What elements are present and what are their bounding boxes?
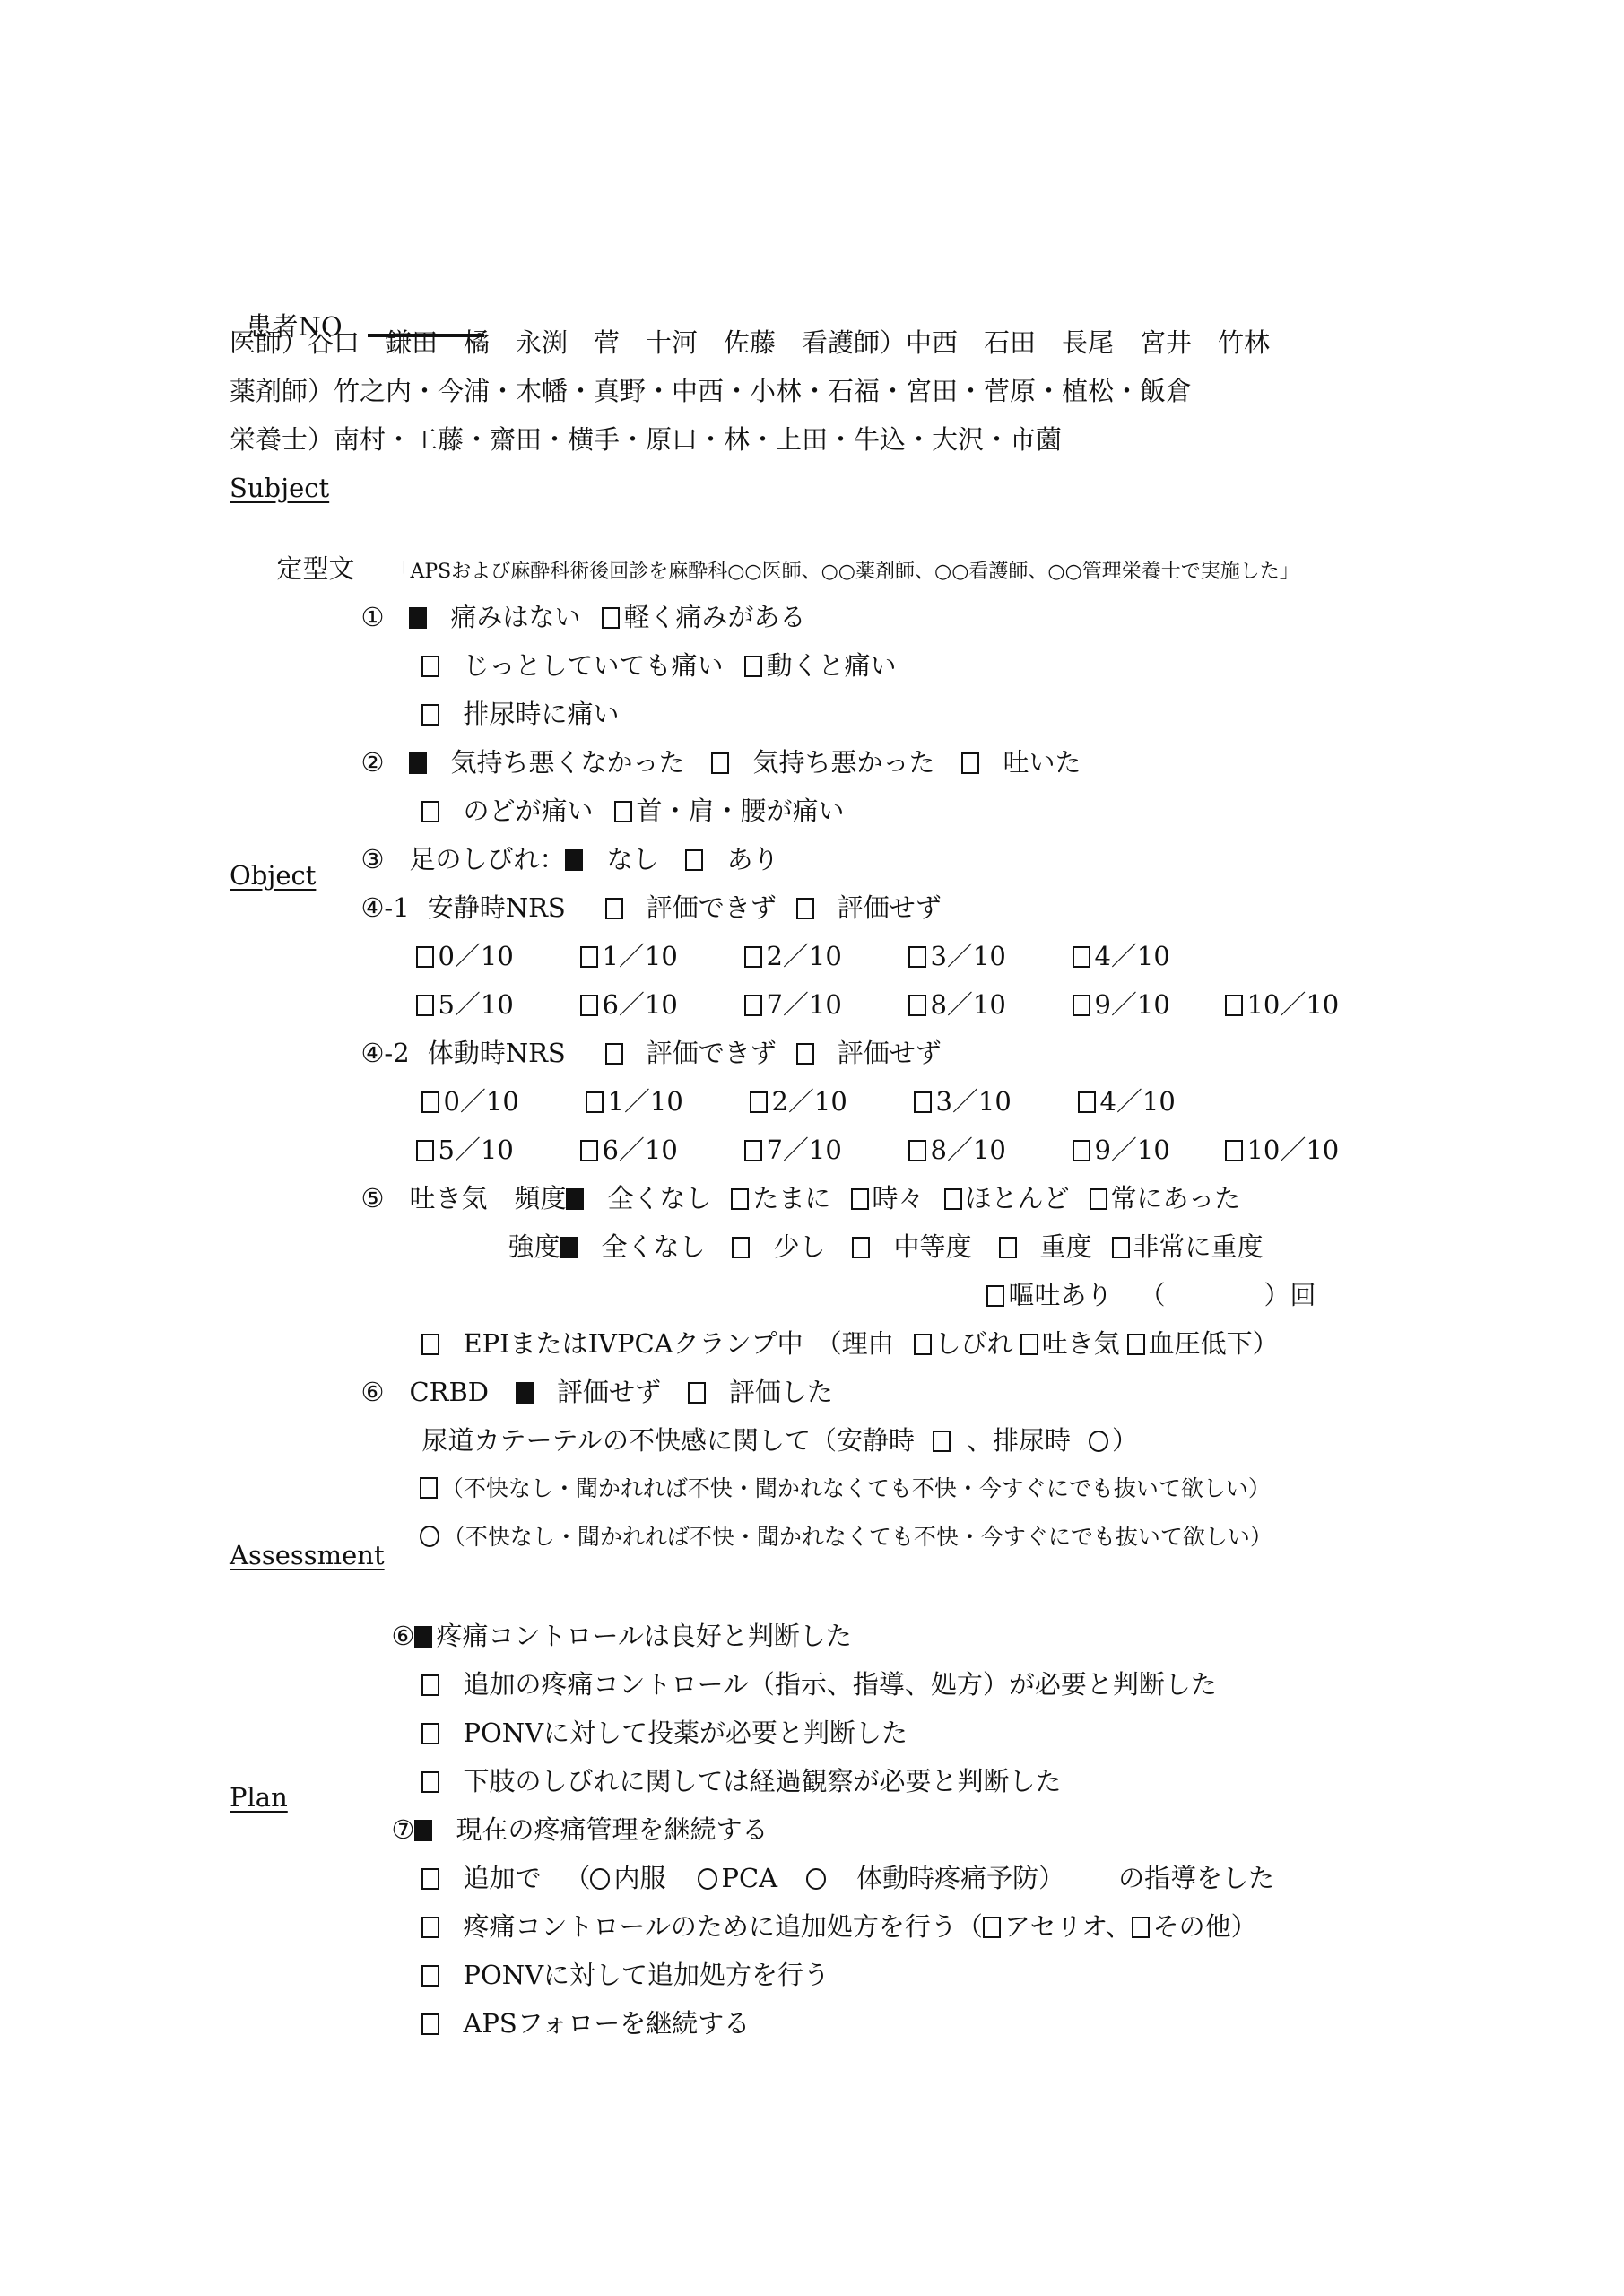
other-rx-checkbox[interactable] bbox=[1132, 1917, 1150, 1938]
other-rx-label: その他） bbox=[1153, 1911, 1257, 1942]
reason-numbness-checkbox[interactable] bbox=[914, 1334, 932, 1355]
nausea-label: 吐き気 bbox=[409, 1183, 487, 1213]
nrs-rest-option[interactable]: 9／10 bbox=[1073, 988, 1225, 1021]
object-heading: Object bbox=[230, 859, 316, 891]
intensity-slight-label: 少し bbox=[773, 1231, 825, 1262]
plan-aps-row: APSフォローを継続する bbox=[405, 1975, 750, 2039]
nausea-number: ⑤ bbox=[360, 1183, 384, 1213]
crbd-number: ⑥ bbox=[360, 1377, 384, 1407]
reason-numbness-label: しびれ bbox=[935, 1328, 1013, 1359]
reason-nausea-checkbox[interactable] bbox=[1020, 1334, 1038, 1355]
reason-nausea-label: 吐き気 bbox=[1042, 1328, 1120, 1359]
intensity-label: 強度 bbox=[508, 1231, 560, 1262]
plan-aps-checkbox[interactable] bbox=[421, 2013, 439, 2035]
plan-aps-label: APSフォローを継続する bbox=[463, 2008, 750, 2039]
nrs-move-number: ④-2 bbox=[360, 1038, 409, 1068]
intensity-none-label: 全くなし bbox=[601, 1231, 705, 1262]
doctors-list: 医師）谷口 鎌田 橘 永渕 菅 十河 佐藤 看護師）中西 石田 長尾 宮井 竹林 bbox=[230, 326, 1270, 359]
reason-hypotension-checkbox[interactable] bbox=[1127, 1334, 1145, 1355]
q2-number: ② bbox=[360, 747, 384, 778]
assessment-heading: Assessment bbox=[230, 1539, 385, 1571]
q2-vomit-checkbox[interactable] bbox=[961, 752, 979, 774]
checkbox[interactable] bbox=[1225, 995, 1243, 1016]
intensity-moderate-label: 中等度 bbox=[893, 1231, 971, 1262]
subject-heading: Subject bbox=[230, 472, 329, 504]
plan-heading: Plan bbox=[230, 1781, 288, 1813]
nrs-move-option[interactable]: 10／10 bbox=[1225, 1134, 1389, 1166]
catheter-urination-scale-radio[interactable] bbox=[420, 1526, 439, 1547]
dietitians-list: 栄養士）南村・工藤・齋田・横手・原口・林・上田・牛込・大沢・市薗 bbox=[230, 423, 1062, 456]
q2-vomit-label: 吐いた bbox=[1003, 747, 1081, 778]
vomit-unit: 回 bbox=[1290, 1280, 1316, 1310]
q1-move-pain-label: 動くと痛い bbox=[766, 650, 896, 681]
pharmacists-list: 薬剤師）竹之内・今浦・木幡・真野・中西・小林・石福・宮田・菅原・植松・飯倉 bbox=[230, 375, 1192, 407]
intensity-none-checkbox[interactable] bbox=[560, 1237, 578, 1258]
intensity-moderate-checkbox[interactable] bbox=[852, 1237, 870, 1258]
nrs-rest-option[interactable]: 10／10 bbox=[1225, 988, 1389, 1021]
acelio-checkbox[interactable] bbox=[983, 1917, 1001, 1938]
catheter-urination-scale-text: （不快なし・聞かれれば不快・聞かれなくても不快・今すぐにでも抜いて欲しい） bbox=[443, 1524, 1272, 1550]
q1-move-pain-checkbox[interactable] bbox=[744, 656, 762, 677]
reason-hypotension-label: 血圧低下） bbox=[1149, 1328, 1279, 1359]
q1-number: ① bbox=[360, 602, 384, 632]
intensity-slight-checkbox[interactable] bbox=[732, 1237, 750, 1258]
acelio-label: アセリオ、 bbox=[1004, 1911, 1132, 1942]
checkbox[interactable] bbox=[1073, 995, 1090, 1016]
template-label: 定型文 bbox=[276, 553, 354, 584]
catheter-urination-scale-row: （不快なし・聞かれれば不快・聞かれなくても不快・今すぐにでも抜いて欲しい） bbox=[405, 1489, 1272, 1553]
